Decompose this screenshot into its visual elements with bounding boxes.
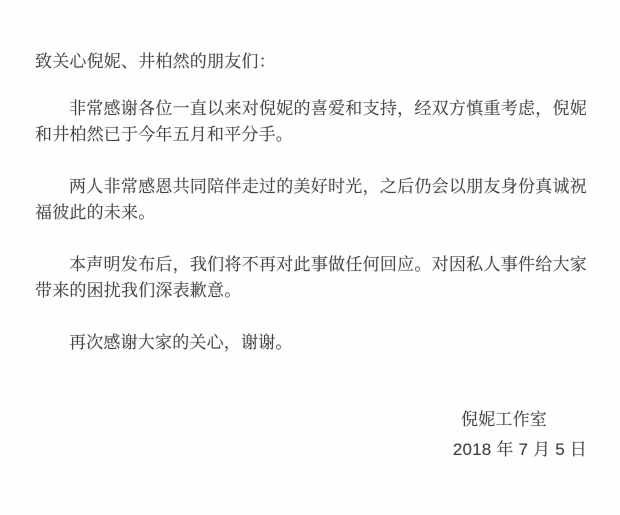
signature-name: 倪妮工作室 — [35, 407, 587, 433]
signature-date: 2018 年 7 月 5 日 — [35, 437, 587, 463]
salutation: 致关心倪妮、井柏然的朋友们： — [35, 49, 587, 75]
paragraph-4: 再次感谢大家的关心，谢谢。 — [35, 330, 587, 356]
paragraph-1: 非常感谢各位一直以来对倪妮的喜爱和支持，经双方慎重考虑，倪妮和井柏然已于今年五月… — [35, 96, 587, 148]
paragraph-2: 两人非常感恩共同陪伴走过的美好时光，之后仍会以朋友身份真诚祝福彼此的未来。 — [35, 174, 587, 226]
paragraph-3: 本声明发布后，我们将不再对此事做任何回应。对因私人事件给大家带来的困扰我们深表歉… — [35, 252, 587, 304]
signature-block: 倪妮工作室 2018 年 7 月 5 日 — [35, 407, 587, 463]
statement-document: 致关心倪妮、井柏然的朋友们： 非常感谢各位一直以来对倪妮的喜爱和支持，经双方慎重… — [0, 0, 620, 515]
